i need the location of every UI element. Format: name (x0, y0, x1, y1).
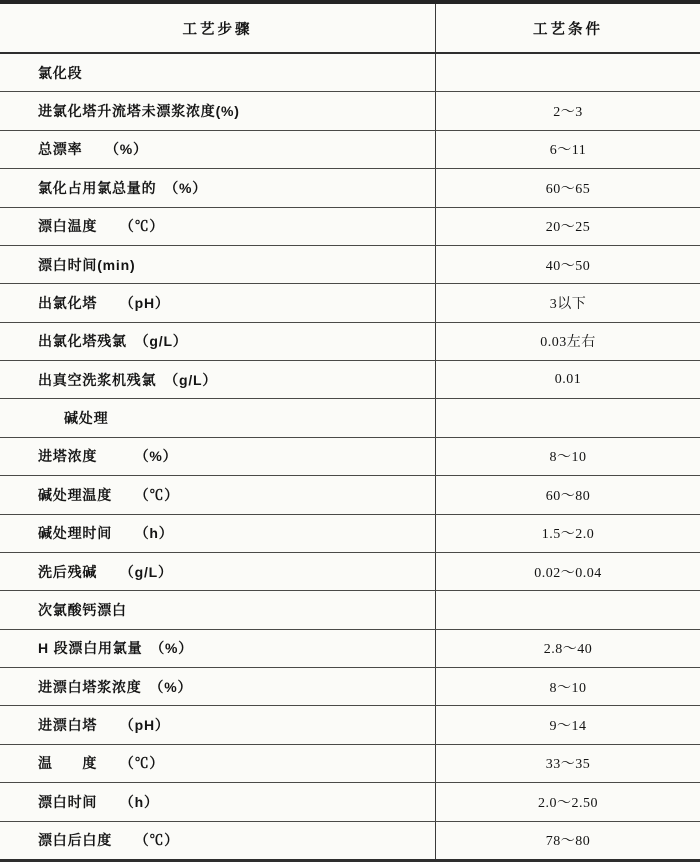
row-label: 碱处理时间 （h） (0, 515, 436, 552)
table-row: 温 度 （℃） 33～35 (0, 745, 700, 783)
row-value: 40～50 (436, 246, 700, 283)
table-row: 漂白后白度 （℃） 78～80 (0, 822, 700, 859)
table-row: 出氯化塔残氯 （g/L） 0.03左右 (0, 323, 700, 361)
row-value: 60～65 (436, 169, 700, 206)
row-label: 漂白时间 （h） (0, 783, 436, 820)
table-row: 洗后残碱 （g/L） 0.02～0.04 (0, 553, 700, 591)
row-value: 2.0～2.50 (436, 783, 700, 820)
row-value: 33～35 (436, 745, 700, 782)
row-label: 漂白时间(min) (0, 246, 436, 283)
table-row: 总漂率 （%） 6～11 (0, 131, 700, 169)
header-cell-process-conditions: 工艺条件 (436, 4, 700, 52)
row-value: 60～80 (436, 476, 700, 513)
header-cell-process-steps: 工艺步骤 (0, 4, 436, 52)
row-label: 进氯化塔升流塔未漂浆浓度(%) (0, 92, 436, 129)
table-rows: 氯化段 进氯化塔升流塔未漂浆浓度(%) 2～3 总漂率 （%） 6～11 氯化占… (0, 54, 700, 859)
row-label: 漂白后白度 （℃） (0, 822, 436, 859)
table-row: 出氯化塔 （pH） 3以下 (0, 284, 700, 322)
table-row: 次氯酸钙漂白 (0, 591, 700, 629)
row-value: 1.5～2.0 (436, 515, 700, 552)
row-value: 2～3 (436, 92, 700, 129)
row-label: 出真空洗浆机残氯 （g/L） (0, 361, 436, 398)
table-row: 碱处理 (0, 399, 700, 437)
table-row: 漂白温度 （℃） 20～25 (0, 208, 700, 246)
row-value (436, 399, 700, 436)
table-row: 出真空洗浆机残氯 （g/L） 0.01 (0, 361, 700, 399)
row-label: 出氯化塔 （pH） (0, 284, 436, 321)
table-header: 工艺步骤 工艺条件 (0, 4, 700, 54)
table-row: 碱处理温度 （℃） 60～80 (0, 476, 700, 514)
row-value (436, 591, 700, 628)
row-value: 20～25 (436, 208, 700, 245)
table-row: 氯化段 (0, 54, 700, 92)
row-label: 碱处理 (0, 399, 436, 436)
row-label: 进漂白塔浆浓度 （%） (0, 668, 436, 705)
row-label: 次氯酸钙漂白 (0, 591, 436, 628)
row-label: 漂白温度 （℃） (0, 208, 436, 245)
row-value: 78～80 (436, 822, 700, 859)
row-label: 总漂率 （%） (0, 131, 436, 168)
row-value: 8～10 (436, 438, 700, 475)
row-value: 9～14 (436, 706, 700, 743)
row-value: 0.02～0.04 (436, 553, 700, 590)
row-label: 出氯化塔残氯 （g/L） (0, 323, 436, 360)
row-value: 6～11 (436, 131, 700, 168)
row-label: 氯化占用氯总量的 （%） (0, 169, 436, 206)
row-label: 温 度 （℃） (0, 745, 436, 782)
row-value: 2.8～40 (436, 630, 700, 667)
table-row: 漂白时间 （h） 2.0～2.50 (0, 783, 700, 821)
row-value: 0.01 (436, 361, 700, 398)
table-row: 进塔浓度 （%） 8～10 (0, 438, 700, 476)
table-row: 漂白时间(min) 40～50 (0, 246, 700, 284)
row-value (436, 54, 700, 91)
row-value: 0.03左右 (436, 323, 700, 360)
row-label: 洗后残碱 （g/L） (0, 553, 436, 590)
row-value: 3以下 (436, 284, 700, 321)
row-label: 进塔浓度 （%） (0, 438, 436, 475)
table-row: 进漂白塔浆浓度 （%） 8～10 (0, 668, 700, 706)
row-label: 碱处理温度 （℃） (0, 476, 436, 513)
table-row: H 段漂白用氯量 （%） 2.8～40 (0, 630, 700, 668)
document-page: 工艺步骤 工艺条件 氯化段 进氯化塔升流塔未漂浆浓度(%) 2～3 总漂率 （%… (0, 0, 700, 862)
row-label: 氯化段 (0, 54, 436, 91)
row-value: 8～10 (436, 668, 700, 705)
row-label: H 段漂白用氯量 （%） (0, 630, 436, 667)
row-label: 进漂白塔 （pH） (0, 706, 436, 743)
process-conditions-table: 工艺步骤 工艺条件 氯化段 进氯化塔升流塔未漂浆浓度(%) 2～3 总漂率 （%… (0, 0, 700, 862)
table-row: 氯化占用氯总量的 （%） 60～65 (0, 169, 700, 207)
table-row: 进氯化塔升流塔未漂浆浓度(%) 2～3 (0, 92, 700, 130)
table-row: 进漂白塔 （pH） 9～14 (0, 706, 700, 744)
table-row: 碱处理时间 （h） 1.5～2.0 (0, 515, 700, 553)
